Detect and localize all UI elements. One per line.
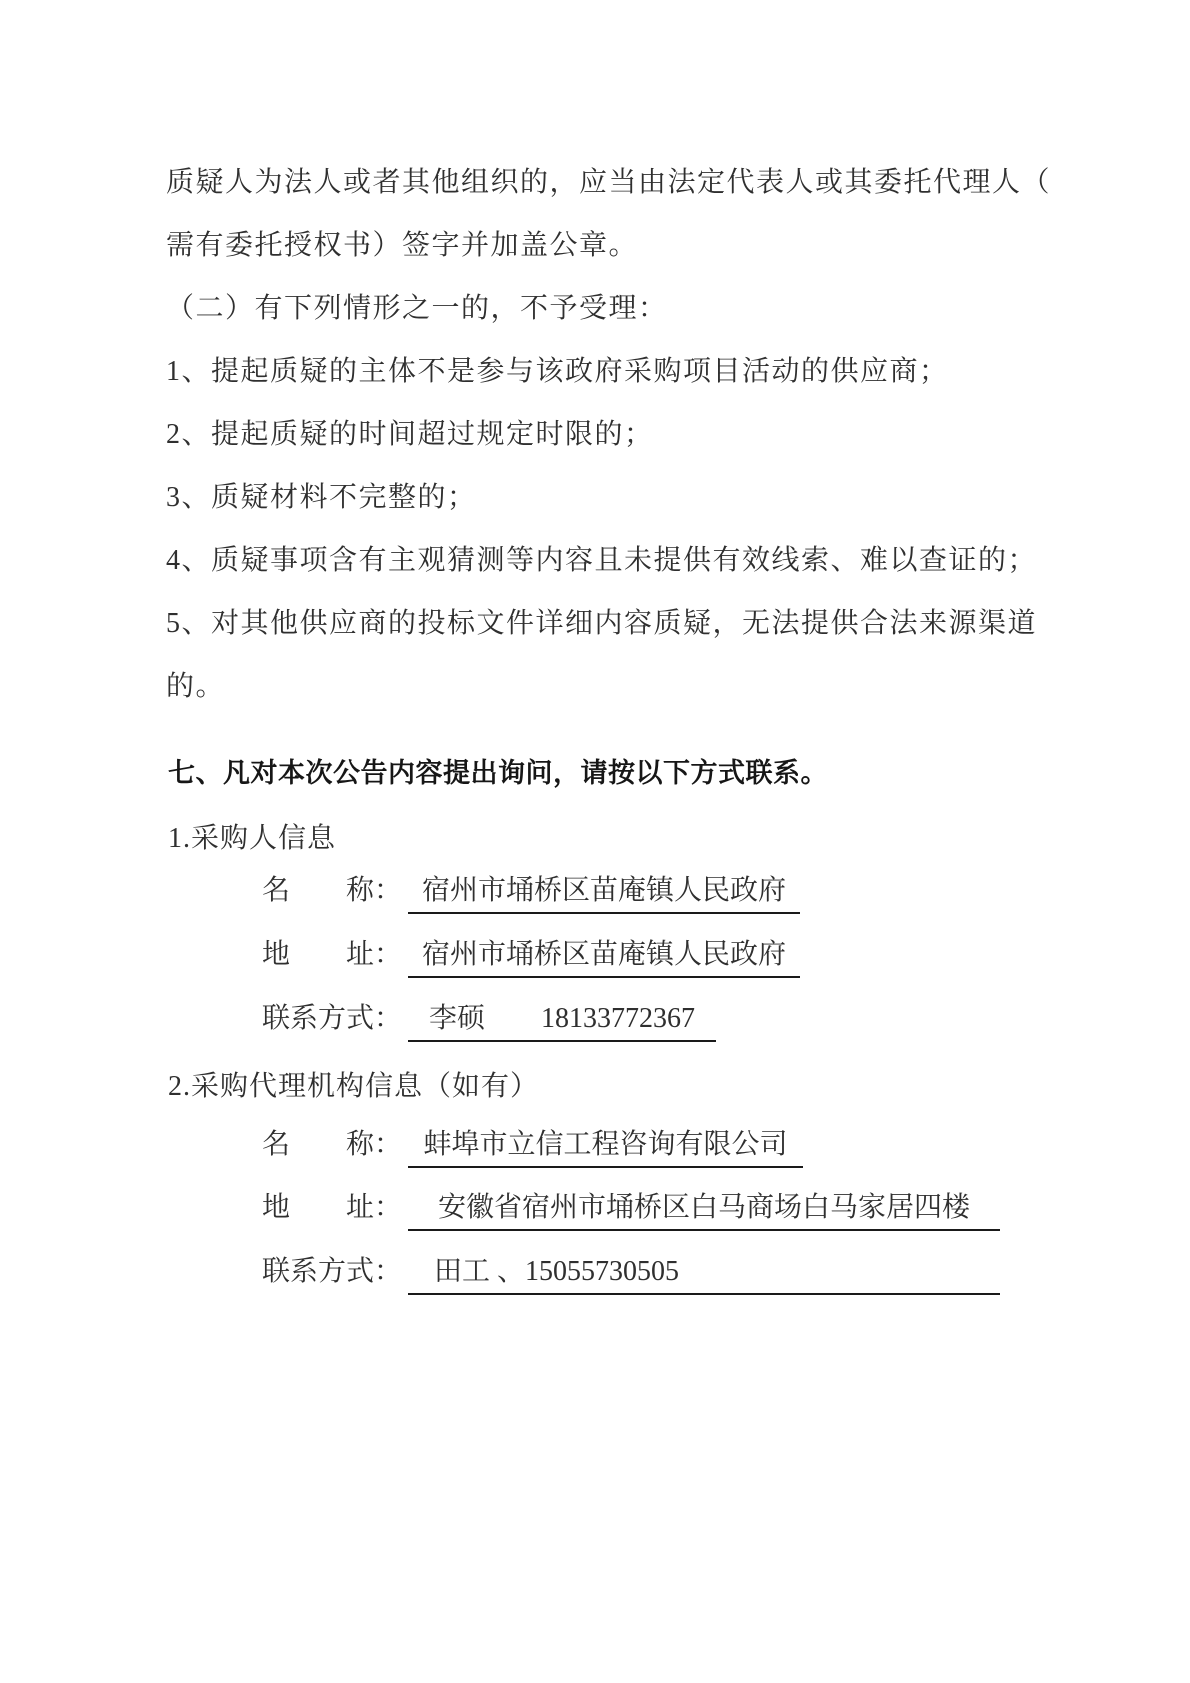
agency-name-label: 名 称： <box>262 1122 402 1168</box>
purchaser-name-row: 名 称：宿州市埇桥区苗庵镇人民政府 <box>262 868 800 914</box>
purchaser-name-value: 宿州市埇桥区苗庵镇人民政府 <box>408 868 800 914</box>
paragraph-line: （二）有下列情形之一的，不予受理： <box>166 286 668 326</box>
paragraph-line: 需有委托授权书）签字并加盖公章。 <box>166 223 638 263</box>
agency-contact-value: 田工 、15055730505 <box>408 1249 1000 1295</box>
purchaser-info-title: 1.采购人信息 <box>168 816 336 856</box>
paragraph-line: 4、质疑事项含有主观猜测等内容且未提供有效线索、难以查证的； <box>166 538 1037 578</box>
paragraph-line: 3、质疑材料不完整的； <box>166 475 477 515</box>
paragraph-line: 1、提起质疑的主体不是参与该政府采购项目活动的供应商； <box>166 349 949 389</box>
agency-name-value: 蚌埠市立信工程咨询有限公司 <box>408 1122 803 1168</box>
purchaser-contact-value: 李硕 18133772367 <box>408 996 716 1042</box>
purchaser-contact-row: 联系方式：李硕 18133772367 <box>262 996 716 1042</box>
purchaser-address-label: 地 址： <box>262 932 402 978</box>
purchaser-address-row: 地 址：宿州市埇桥区苗庵镇人民政府 <box>262 932 800 978</box>
section-heading: 七、凡对本次公告内容提出询问，请按以下方式联系。 <box>168 751 828 790</box>
purchaser-name-label: 名 称： <box>262 868 402 914</box>
paragraph-line: 2、提起质疑的时间超过规定时限的； <box>166 412 654 452</box>
agency-address-label: 地 址： <box>262 1185 402 1231</box>
purchaser-address-value: 宿州市埇桥区苗庵镇人民政府 <box>408 932 800 978</box>
paragraph-line: 质疑人为法人或者其他组织的，应当由法定代表人或其委托代理人（ <box>166 160 1051 200</box>
agency-contact-label: 联系方式： <box>262 1249 402 1295</box>
document-page: 质疑人为法人或者其他组织的，应当由法定代表人或其委托代理人（ 需有委托授权书）签… <box>0 0 1190 1683</box>
purchaser-contact-label: 联系方式： <box>262 996 402 1042</box>
agency-name-row: 名 称：蚌埠市立信工程咨询有限公司 <box>262 1122 803 1168</box>
agency-address-value: 安徽省宿州市埇桥区白马商场白马家居四楼 <box>408 1185 1000 1231</box>
agency-contact-row: 联系方式：田工 、15055730505 <box>262 1249 1000 1295</box>
agency-info-title: 2.采购代理机构信息（如有） <box>168 1064 539 1104</box>
paragraph-line: 5、对其他供应商的投标文件详细内容质疑，无法提供合法来源渠道 <box>166 601 1037 641</box>
agency-address-row: 地 址：安徽省宿州市埇桥区白马商场白马家居四楼 <box>262 1185 1000 1231</box>
paragraph-line: 的。 <box>166 664 225 704</box>
